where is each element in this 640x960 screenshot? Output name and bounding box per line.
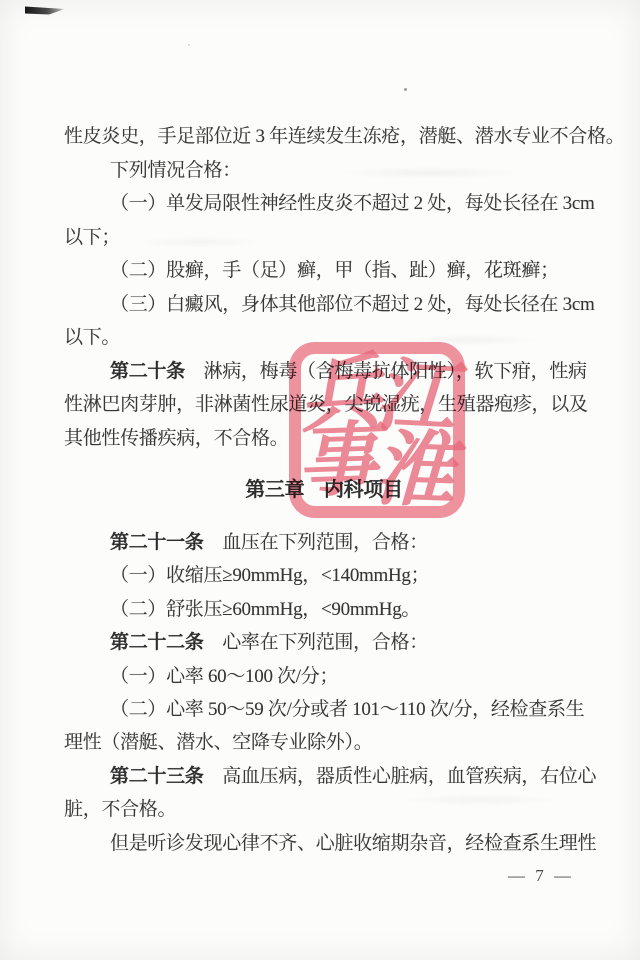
- text-segment: （二）舒张压≥60mmHg，<90mmHg。: [110, 599, 420, 620]
- text-line: （一）单发局限性神经性皮炎不超过 2 处，每处长径在 3cm: [64, 191, 584, 217]
- article-number-label: 第二十二条: [110, 632, 204, 653]
- text-segment: 以下；: [64, 227, 120, 248]
- text-line: 以下；: [64, 225, 584, 251]
- text-line: （三）白癜风，身体其他部位不超过 2 处，每处长径在 3cm: [64, 292, 584, 318]
- text-segment: 理性（潜艇、潜水、空降专业除外）。: [64, 732, 372, 753]
- text-line: （二）舒张压≥60mmHg，<90mmHg。: [64, 597, 584, 623]
- text-line: 理性（潜艇、潜水、空降专业除外）。: [64, 730, 584, 756]
- text-segment: （一）单发局限性神经性皮炎不超过 2 处，每处长径在 3cm: [110, 193, 594, 214]
- text-segment: 但是听诊发现心律不齐、心脏收缩期杂音，经检查系生理性: [110, 833, 596, 854]
- page-number: — 7 —: [508, 866, 574, 886]
- text-segment: 性淋巴肉芽肿，非淋菌性尿道炎，尖锐湿疣，生殖器疱疹，以及: [64, 394, 588, 415]
- text-line: （二）心率 50～59 次/分或者 101～110 次/分，经检查系生: [64, 697, 584, 723]
- text-segment: （一）收缩压≥90mmHg，<140mmHg；: [110, 565, 429, 586]
- text-segment: （三）白癜风，身体其他部位不超过 2 处，每处长径在 3cm: [110, 294, 594, 315]
- text-line: （一）收缩压≥90mmHg，<140mmHg；: [64, 563, 584, 589]
- text-segment: 心率在下列范围，合格：: [204, 632, 428, 653]
- text-segment: （二）心率 50～59 次/分或者 101～110 次/分，经检查系生: [110, 699, 584, 720]
- scan-artifact-mark: [25, 5, 65, 15]
- text-line: 下列情况合格：: [64, 158, 584, 184]
- text-line: 第二十三条 高血压病，器质性心脏病，血管疾病，右位心: [64, 764, 584, 790]
- text-segment: 下列情况合格：: [110, 160, 241, 181]
- text-segment: 淋病，梅毒（含梅毒抗体阳性），软下疳，性病: [185, 361, 587, 382]
- text-segment: 高血压病，器质性心脏病，血管疾病，右位心: [204, 766, 597, 787]
- text-line: 脏，不合格。: [64, 797, 584, 823]
- text-line: 第二十条 淋病，梅毒（含梅毒抗体阳性），软下疳，性病: [64, 359, 584, 385]
- text-line: 第二十一条 血压在下列范围，合格：: [64, 530, 584, 556]
- text-segment: 血压在下列范围，合格：: [204, 532, 428, 553]
- chapter-heading: 第三章 内科项目: [64, 477, 584, 503]
- text-segment: 以下。: [64, 327, 120, 348]
- text-line: （二）股癣，手（足）癣，甲（指、趾）癣，花斑癣；: [64, 258, 584, 284]
- scanned-document-page: 性皮炎史，手足部位近 3 年连续发生冻疮，潜艇、潜水专业不合格。下列情况合格：（…: [0, 0, 640, 960]
- text-line: （一）心率 60～100 次/分；: [64, 664, 584, 690]
- text-segment: 脏，不合格。: [64, 799, 176, 820]
- text-line: 性皮炎史，手足部位近 3 年连续发生冻疮，潜艇、潜水专业不合格。: [64, 124, 584, 150]
- text-segment: 其他性传播疾病，不合格。: [64, 428, 288, 449]
- text-segment: （一）心率 60～100 次/分；: [110, 666, 338, 687]
- article-number-label: 第三章 内科项目: [245, 479, 403, 501]
- text-line: 性淋巴肉芽肿，非淋菌性尿道炎，尖锐湿疣，生殖器疱疹，以及: [64, 392, 584, 418]
- article-number-label: 第二十条: [110, 361, 185, 382]
- scan-speck: [188, 44, 190, 46]
- text-line: 其他性传播疾病，不合格。: [64, 426, 584, 452]
- text-line: 但是听诊发现心律不齐、心脏收缩期杂音，经检查系生理性: [64, 831, 584, 857]
- text-line: 以下。: [64, 325, 584, 351]
- text-segment: （二）股癣，手（足）癣，甲（指、趾）癣，花斑癣；: [110, 260, 559, 281]
- article-number-label: 第二十三条: [110, 766, 204, 787]
- article-number-label: 第二十一条: [110, 532, 204, 553]
- scan-speck: [404, 88, 407, 91]
- text-line: 第二十二条 心率在下列范围，合格：: [64, 630, 584, 656]
- text-segment: 性皮炎史，手足部位近 3 年连续发生冻疮，潜艇、潜水专业不合格。: [64, 126, 624, 147]
